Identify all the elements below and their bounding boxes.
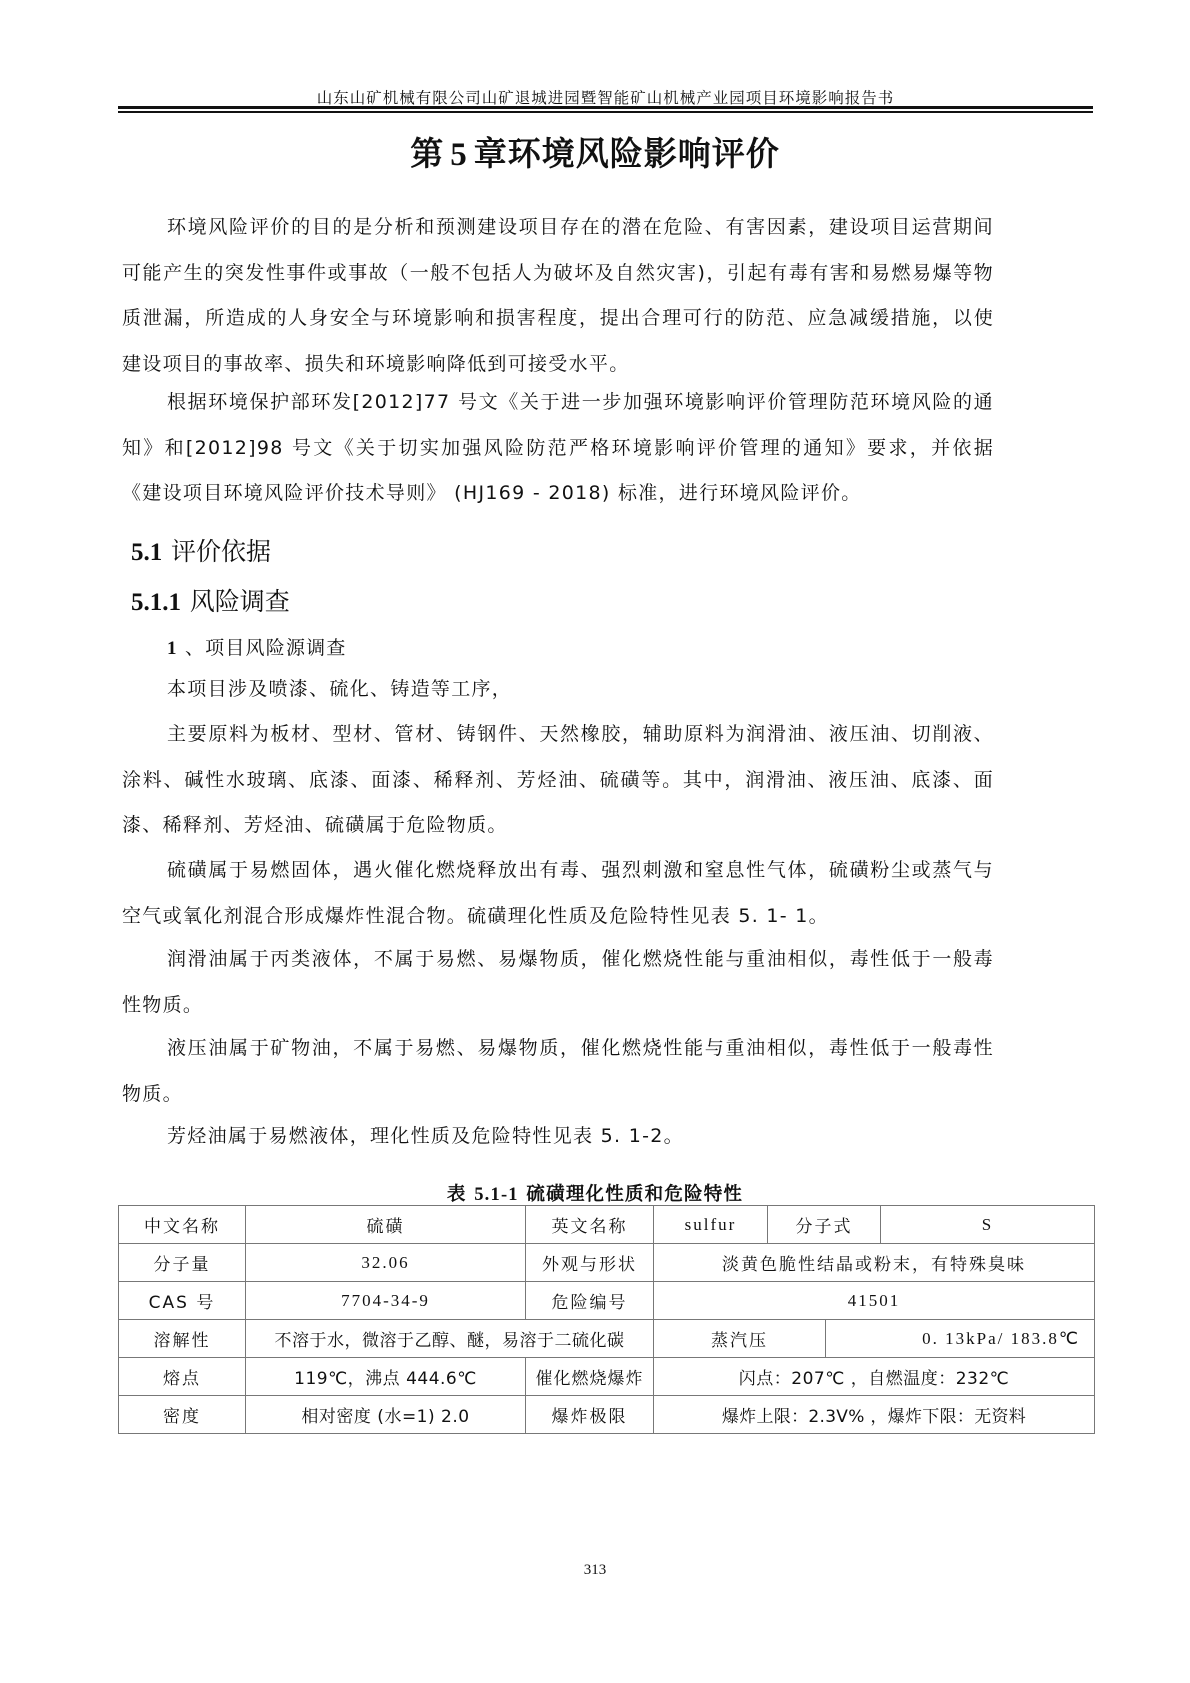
body-paragraph-3: 硫磺属于易燃固体，遇火催化燃烧释放出有毒、强烈刺激和窒息性气体，硫磺粉尘或蒸气与… — [122, 848, 994, 939]
item-title: 、项目风险源调查 — [185, 637, 347, 659]
intro-paragraph-1: 环境风险评价的目的是分析和预测建设项目存在的潜在危险、有害因素，建设项目运营期间… — [122, 205, 994, 387]
table-cell-value: 不溶于水，微溶于乙醇、醚，易溶于二硫化碳 — [246, 1320, 654, 1358]
caption-text: 硫磺理化性质和危险特性 — [526, 1184, 743, 1205]
caption-prefix: 表 — [447, 1184, 467, 1205]
item-number: 1 — [167, 638, 178, 659]
table-cell-value: 爆炸上限：2.3V% ，爆炸下限：无资料 — [654, 1396, 1095, 1434]
table-cell-label: 溶解性 — [119, 1320, 246, 1358]
header-rule-thick — [118, 106, 1093, 109]
table-cell-label: 爆炸极限 — [526, 1396, 654, 1434]
body-paragraph-4: 润滑油属于丙类液体，不属于易燃、易爆物质，催化燃烧性能与重油相似，毒性低于一般毒… — [122, 937, 994, 1028]
table-cell-value: 相对密度 (水=1) 2.0 — [246, 1396, 526, 1434]
section-number: 5.1 — [131, 539, 162, 566]
section-title: 评价依据 — [171, 537, 271, 566]
table-cell-value: 7704-34-9 — [246, 1282, 526, 1320]
table-cell-label: 外观与形状 — [526, 1244, 654, 1282]
table-cell-value: 淡黄色脆性结晶或粉末，有特殊臭味 — [654, 1244, 1095, 1282]
running-header-title: 山东山矿机械有限公司山矿退城进园暨智能矿山机械产业园项目环境影响报告书 — [118, 86, 1093, 108]
body-paragraph-1: 本项目涉及喷漆、硫化、铸造等工序， — [122, 667, 994, 713]
section-number: 5.1.1 — [131, 589, 181, 616]
table-cell-value: S — [881, 1206, 1095, 1244]
table-row: 中文名称 硫磺 英文名称 sulfur 分子式 S — [119, 1206, 1095, 1244]
table-cell-value: 硫磺 — [246, 1206, 526, 1244]
body-paragraph-5: 液压油属于矿物油，不属于易燃、易爆物质，催化燃烧性能与重油相似，毒性低于一般毒性… — [122, 1026, 994, 1117]
table-cell-label: 危险编号 — [526, 1282, 654, 1320]
body-paragraph-2: 主要原料为板材、型材、管材、铸钢件、天然橡胶，辅助原料为润滑油、液压油、切削液、… — [122, 712, 994, 849]
table-row: CAS 号 7704-34-9 危险编号 41501 — [119, 1282, 1095, 1320]
list-item-heading-1: 1 、项目风险源调查 — [167, 633, 347, 660]
intro-paragraph-2: 根据环境保护部环发[2012]77 号文《关于进一步加强环境影响评价管理防范环境… — [122, 380, 994, 517]
table-row: 密度 相对密度 (水=1) 2.0 爆炸极限 爆炸上限：2.3V% ，爆炸下限：… — [119, 1396, 1095, 1434]
table-cell-label: 中文名称 — [119, 1206, 246, 1244]
section-heading-5-1: 5.1 评价依据 — [131, 532, 271, 568]
table-cell-value: 119℃，沸点 444.6℃ — [246, 1358, 526, 1396]
sulfur-properties-table: 中文名称 硫磺 英文名称 sulfur 分子式 S 分子量 32.06 外观与形… — [118, 1205, 1095, 1434]
table-row: 溶解性 不溶于水，微溶于乙醇、醚，易溶于二硫化碳 蒸汽压 0. 13kPa/ 1… — [119, 1320, 1095, 1358]
header-rule-thin — [118, 111, 1093, 113]
table-cell-value: sulfur — [654, 1206, 768, 1244]
chapter-title: 第5章环境风险影响评价 — [0, 128, 1190, 175]
chapter-title-text: 章环境风险影响评价 — [474, 134, 780, 173]
table-cell-value: 32.06 — [246, 1244, 526, 1282]
table-row: 分子量 32.06 外观与形状 淡黄色脆性结晶或粉末，有特殊臭味 — [119, 1244, 1095, 1282]
table-cell-label: 英文名称 — [526, 1206, 654, 1244]
table-cell-value: 闪点：207℃ ，自燃温度：232℃ — [654, 1358, 1095, 1396]
table-cell-label: 分子式 — [768, 1206, 881, 1244]
body-paragraph-6: 芳烃油属于易燃液体，理化性质及危险特性见表 5. 1-2。 — [122, 1114, 994, 1160]
table-cell-label: 催化燃烧爆炸 — [526, 1358, 654, 1396]
section-heading-5-1-1: 5.1.1 风险调查 — [131, 582, 290, 618]
table-caption: 表 5.1-1 硫磺理化性质和危险特性 — [0, 1180, 1190, 1206]
table-cell-label: 密度 — [119, 1396, 246, 1434]
chapter-number: 5 — [444, 137, 474, 173]
caption-number: 5.1-1 — [474, 1185, 519, 1205]
table-cell-value: 0. 13kPa/ 183.8℃ — [826, 1320, 1095, 1358]
table-cell-label: 分子量 — [119, 1244, 246, 1282]
table-cell-label: 熔点 — [119, 1358, 246, 1396]
table-cell-label: 蒸汽压 — [654, 1320, 826, 1358]
section-title: 风险调查 — [190, 587, 290, 616]
table-cell-value: 41501 — [654, 1282, 1095, 1320]
table-row: 熔点 119℃，沸点 444.6℃ 催化燃烧爆炸 闪点：207℃ ，自燃温度：2… — [119, 1358, 1095, 1396]
page-number: 313 — [0, 1562, 1190, 1579]
table-cell-label: CAS 号 — [119, 1282, 246, 1320]
chapter-prefix: 第 — [410, 134, 444, 173]
